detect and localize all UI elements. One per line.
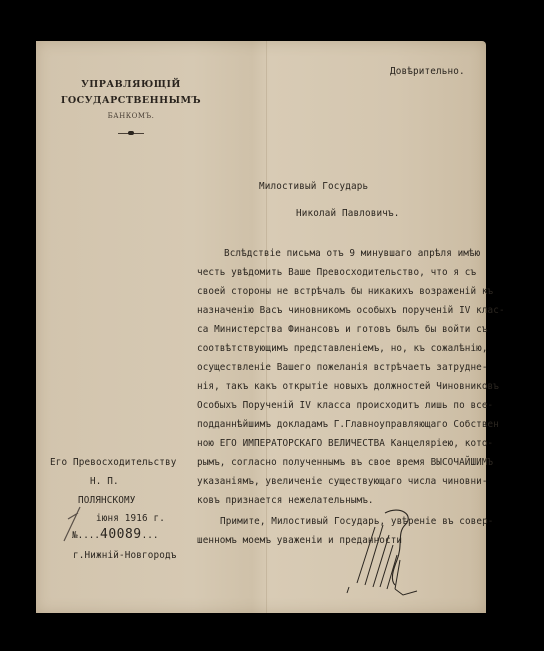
letterhead-line-2: ГОСУДАРСТВЕННЫМЪ (56, 93, 206, 109)
body-line: своей стороны не встрѣчалъ бы никакихъ в… (197, 286, 493, 297)
pencil-mark-icon (60, 505, 84, 545)
addressee-title: Его Превосходительству (50, 457, 176, 468)
salutation-line-1: Милостивый Государь (259, 181, 368, 192)
letter-date: іюня 1916 г. (96, 513, 165, 524)
body-line: са Министерства Финансовъ и готовъ былъ … (197, 324, 488, 335)
salutation-line-2: Николай Павловичъ. (296, 208, 399, 219)
body-line: назначенію Васъ чиновникомъ особыхъ пору… (197, 305, 505, 316)
confidential-mark: Довѣрительно. (390, 66, 465, 77)
addressee-city: г.Нижній-Новгородъ (73, 550, 176, 561)
letterhead: УПРАВЛЯЮЩІЙ ГОСУДАРСТВЕННЫМЪ БАНКОМЪ. (56, 77, 206, 142)
body-line: Вслѣдствіе письма отъ 9 минувшаго апрѣля… (224, 248, 480, 259)
addressee-surname: ПОЛЯНСКОМУ (78, 495, 135, 506)
body-line: Особыхъ Порученій IV класса происходитъ … (197, 400, 493, 411)
body-line: подданнѣйшимъ докладамъ Г.Главноуправляю… (197, 419, 499, 430)
letter-number: №....40089... (72, 527, 158, 542)
body-line: рымъ, согласно полученнымъ въ свое время… (197, 457, 493, 468)
letter-number-suffix: ... (142, 530, 159, 541)
body-line: соотвѣтствующимъ представленіемъ, но, къ… (197, 343, 488, 354)
signature-icon (345, 505, 445, 600)
letterhead-line-1: УПРАВЛЯЮЩІЙ (56, 77, 206, 93)
letter-number-value: 40089 (100, 527, 142, 542)
body-line: указаніямъ, увеличеніе существующаго чис… (197, 476, 488, 487)
body-line: осуществленіе Вашего пожеланія встрѣчает… (197, 362, 488, 373)
body-line: нія, такъ какъ открытіе новыхъ должносте… (197, 381, 499, 392)
letterhead-line-3: БАНКОМЪ. (56, 109, 206, 123)
letterhead-ornament-icon (56, 123, 206, 142)
body-line: честь увѣдомить Ваше Превосходительство,… (197, 267, 476, 278)
addressee-initials: Н. П. (90, 476, 119, 487)
body-line: ною ЕГО ИМПЕРАТОРСКАГО ВЕЛИЧЕСТВА Канцел… (197, 438, 493, 449)
